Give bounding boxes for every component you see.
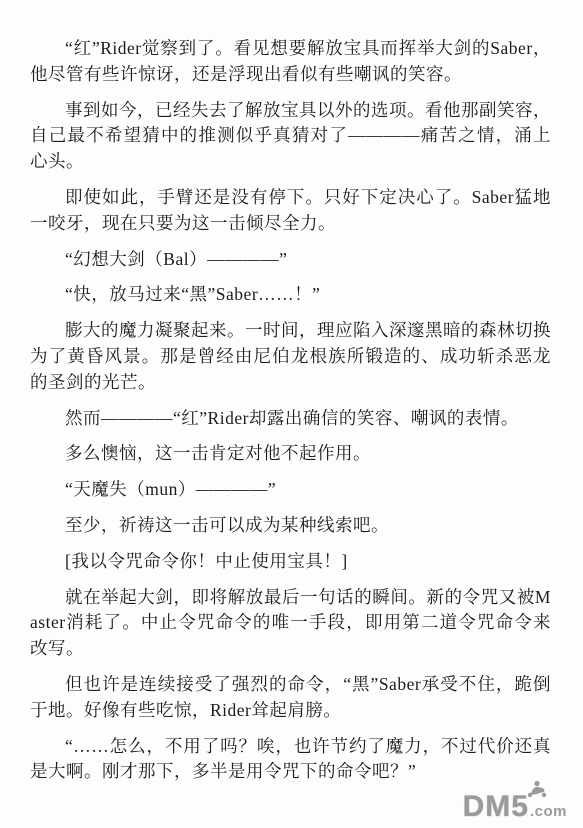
paragraph: [我以令咒命令你！中止使用宝具！] xyxy=(30,549,551,575)
dm5-logo-text: DM5 xyxy=(463,792,529,822)
paragraph: 多么懊恼，这一击肯定对他不起作用。 xyxy=(30,441,551,467)
paragraph: 即使如此，手臂还是没有停下。只好下定决心了。Saber猛地一咬牙，现在只要为这一… xyxy=(30,185,551,237)
paragraph: 然而————“红”Rider却露出确信的笑容、嘲讽的表情。 xyxy=(30,406,551,432)
paragraph: “红”Rider觉察到了。看见想要解放宝具而挥举大剑的Saber，他尽管有些许惊… xyxy=(30,36,551,88)
paragraph: “幻想大剑（Bal）————” xyxy=(30,247,551,273)
paragraph: “快，放马过来“黑”Saber……！” xyxy=(30,282,551,308)
paragraph: 事到如今，已经失去了解放宝具以外的选项。看他那副笑容，自己最不希望猜中的推测似乎… xyxy=(30,98,551,175)
novel-page: “红”Rider觉察到了。看见想要解放宝具而挥举大剑的Saber，他尽管有些许惊… xyxy=(0,0,583,828)
dm5-logo-suffix: .com xyxy=(530,803,567,820)
paragraph: 膨大的魔力凝聚起来。一时间，理应陷入深邃黑暗的森林切换为了黄昏风景。那是曾经由尼… xyxy=(30,318,551,395)
scooter-rider-icon xyxy=(523,780,549,798)
paragraph: 至少，祈祷这一击可以成为某种线索吧。 xyxy=(30,513,551,539)
document-text: “红”Rider觉察到了。看见想要解放宝具而挥举大剑的Saber，他尽管有些许惊… xyxy=(0,0,583,785)
paragraph: 但也许是连续接受了强烈的命令，“黑”Saber承受不住，跪倒于地。好像有些吃惊，… xyxy=(30,672,551,724)
dm5-watermark: DM5 .com xyxy=(463,792,567,822)
paragraph: 就在举起大剑，即将解放最后一句话的瞬间。新的令咒又被Master消耗了。中止令咒… xyxy=(30,585,551,662)
paragraph: “……怎么，不用了吗？唉，也许节约了魔力，不过代价还真是大啊。刚才那下，多半是用… xyxy=(30,734,551,786)
paragraph: “天魔失（mun）————” xyxy=(30,477,551,503)
